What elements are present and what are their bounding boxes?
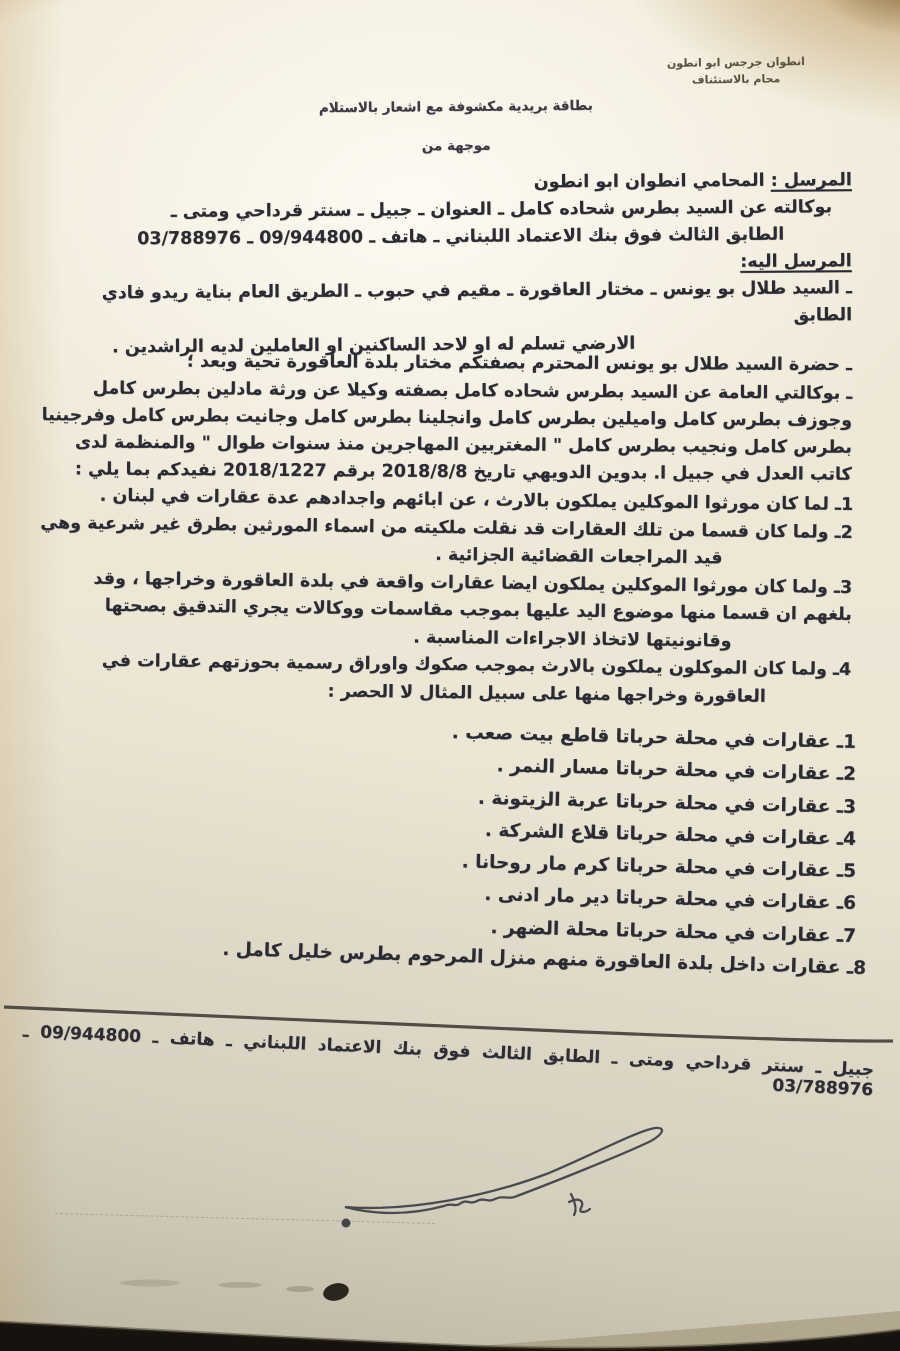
table-edge [0, 1289, 900, 1351]
scanned-letter-photo: انطوان جرجس ابو انطون محام بالاستئناف بط… [0, 0, 900, 1351]
